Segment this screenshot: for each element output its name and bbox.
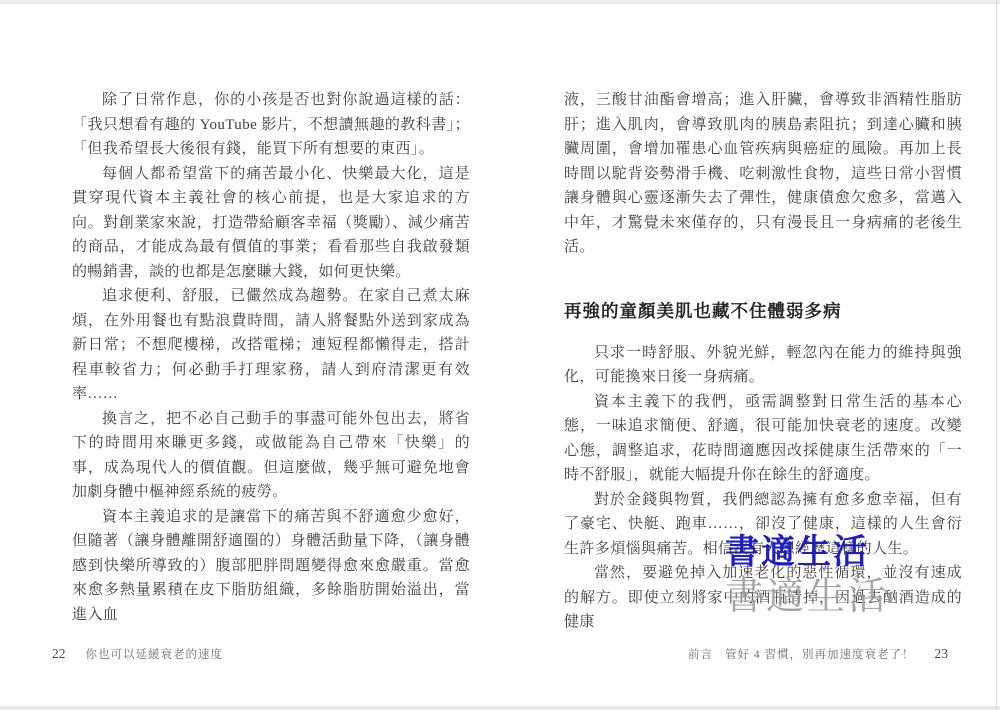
paragraph: 每個人都希望當下的痛苦最小化、快樂最大化，這是貫穿現代資本主義社會的核心前提，也… bbox=[72, 162, 470, 285]
running-title: 管好 4 習慣，別再加速度衰老了！ bbox=[725, 649, 915, 661]
page-edge-right bbox=[996, 0, 997, 710]
paragraph: 只求一時舒服、外貌光鮮，輕忽內在能力的維持與強化，可能換來日後一身病痛。 bbox=[564, 341, 962, 390]
paragraph: 對於金錢與物質，我們總認為擁有愈多愈幸福，但有了豪宅、快艇、跑車……，卻沒了健康… bbox=[564, 488, 962, 562]
page-edge-top bbox=[0, 0, 1000, 4]
left-page-footer: 22你也可以延緩衰老的速度 bbox=[52, 646, 223, 662]
running-title: 你也可以延緩衰老的速度 bbox=[86, 649, 224, 661]
right-page-footer: 前言管好 4 習慣，別再加速度衰老了！23 bbox=[688, 646, 948, 662]
page-number: 22 bbox=[52, 646, 66, 661]
paragraph: 追求便利、舒服，已儼然成為趨勢。在家自己煮太麻煩，在外用餐也有點浪費時間，請人將… bbox=[72, 284, 470, 407]
paragraph: 資本主義追求的是讓當下的痛苦與不舒適愈少愈好，但隨著（讓身體離開舒適圈的）身體活… bbox=[72, 505, 470, 628]
section-heading: 再強的童顏美肌也藏不住體弱多病 bbox=[564, 298, 962, 323]
continuation-paragraph: 液，三酸甘油酯會增高；進入肝臟，會導致非酒精性脂肪肝；進入肌肉，會導致肌肉的胰島… bbox=[564, 88, 962, 260]
paragraph: 資本主義下的我們，亟需調整對日常生活的基本心態，一味追求簡便、舒適，很可能加快衰… bbox=[564, 390, 962, 488]
paragraph: 換言之，把不必自己動手的事盡可能外包出去，將省下的時間用來賺更多錢，或做能為自己… bbox=[72, 407, 470, 505]
section-label: 前言 bbox=[688, 649, 713, 661]
page-number: 23 bbox=[935, 646, 949, 661]
left-page-text-block: 除了日常作息，你的小孩是否也對你說過這樣的話：「我只想看有趣的 YouTube … bbox=[72, 88, 470, 627]
paragraph: 當然，要避免掉入加速老化的惡性循環，並沒有速成的解方。即使立刻將家中的酒瓶清掉，… bbox=[564, 561, 962, 635]
right-page-text-block: 液，三酸甘油酯會增高；進入肝臟，會導致非酒精性脂肪肝；進入肌肉，會導致肌肉的胰島… bbox=[564, 88, 962, 635]
paragraph: 除了日常作息，你的小孩是否也對你說過這樣的話：「我只想看有趣的 YouTube … bbox=[72, 88, 470, 162]
page-edge-bottom bbox=[0, 706, 1000, 710]
